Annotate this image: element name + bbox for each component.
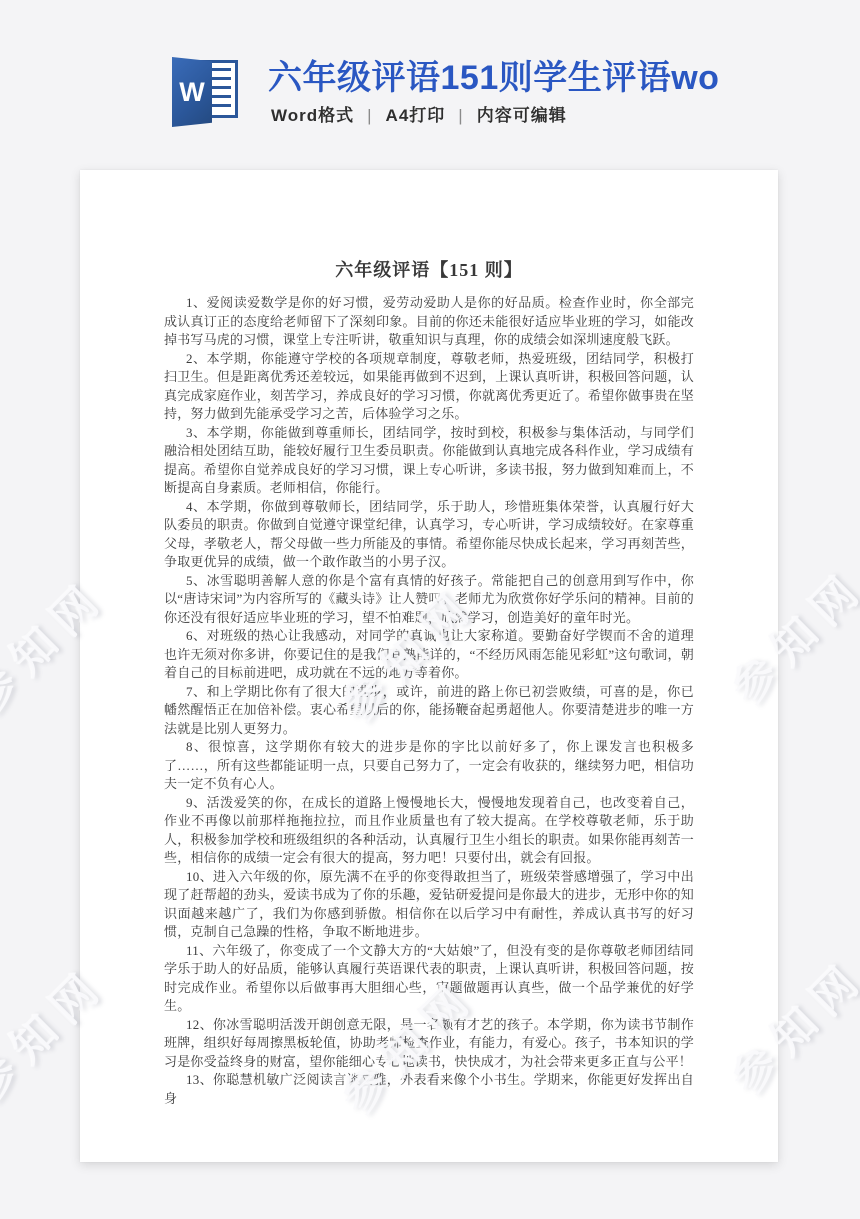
meta-editable-label: 内容可编辑 [477, 106, 567, 125]
document-inner-title: 六年级评语【151 则】 [164, 256, 694, 282]
comment-paragraph: 9、活泼爱笑的你，在成长的道路上慢慢地长大，慢慢地发现着自己，也改变着自己，作业… [164, 794, 694, 868]
comment-paragraph: 3、本学期，你能做到尊重师长，团结同学，按时到校，积极参与集体活动，与同学们融洽… [164, 424, 694, 498]
meta-separator: | [367, 106, 372, 125]
word-icon-letter: W [179, 77, 204, 108]
document-page-preview: 六年级评语【151 则】 1、爱阅读爱数学是你的好习惯，爱劳动爱助人是你的好品质… [80, 170, 778, 1162]
comment-paragraph: 11、六年级了，你变成了一个文静大方的“大姑娘”了，但没有变的是你尊敬老师团结同… [164, 942, 694, 1016]
document-title-heading: 六年级评语151则学生评语wo [268, 50, 719, 99]
document-meta: Word格式|A4打印|内容可编辑 [271, 101, 567, 126]
word-file-icon: W [172, 57, 240, 127]
comment-paragraph: 13、你聪慧机敏广泛阅读言谈文雅，外表看来像个小书生。学期来，你能更好发挥出自身 [164, 1071, 694, 1108]
comment-paragraph: 12、你冰雪聪明活泼开朗创意无限，是一名颇有才艺的孩子。本学期，你为读书节制作班… [164, 1016, 694, 1072]
comment-paragraph: 4、本学期，你做到尊敬师长，团结同学，乐于助人，珍惜班集体荣誉，认真履行好大队委… [164, 498, 694, 572]
comment-paragraph: 7、和上学期比你有了很大的进步，或许，前进的路上你已初尝败绩，可喜的是，你已幡然… [164, 683, 694, 739]
meta-print-label: A4打印 [386, 106, 446, 125]
comment-paragraph: 6、对班级的热心让我感动，对同学的真诚也让大家称道。要勤奋好学锲而不舍的道理也许… [164, 627, 694, 683]
document-body: 1、爱阅读爱数学是你的好习惯，爱劳动爱助人是你的好品质。检查作业时，你全部完成认… [164, 294, 694, 1108]
meta-format-label: Word格式 [271, 106, 354, 125]
meta-separator: | [458, 106, 463, 125]
word-icon-panel: W [172, 57, 212, 127]
comment-paragraph: 10、进入六年级的你，原先满不在乎的你变得敢担当了，班级荣誉感增强了，学习中出现… [164, 868, 694, 942]
comment-paragraph: 8、很惊喜，这学期你有较大的进步是你的字比以前好多了，你上课发言也积极多了……，… [164, 738, 694, 794]
comment-paragraph: 5、冰雪聪明善解人意的你是个富有真情的好孩子。常能把自己的创意用到写作中，你以“… [164, 572, 694, 628]
page-header: W 六年级评语151则学生评语wo Word格式|A4打印|内容可编辑 [0, 0, 860, 170]
comment-paragraph: 1、爱阅读爱数学是你的好习惯，爱劳动爱助人是你的好品质。检查作业时，你全部完成认… [164, 294, 694, 350]
document-content: 六年级评语【151 则】 1、爱阅读爱数学是你的好习惯，爱劳动爱助人是你的好品质… [164, 256, 694, 1108]
comment-paragraph: 2、本学期，你能遵守学校的各项规章制度，尊敬老师，热爱班级，团结同学，积极打扫卫… [164, 350, 694, 424]
